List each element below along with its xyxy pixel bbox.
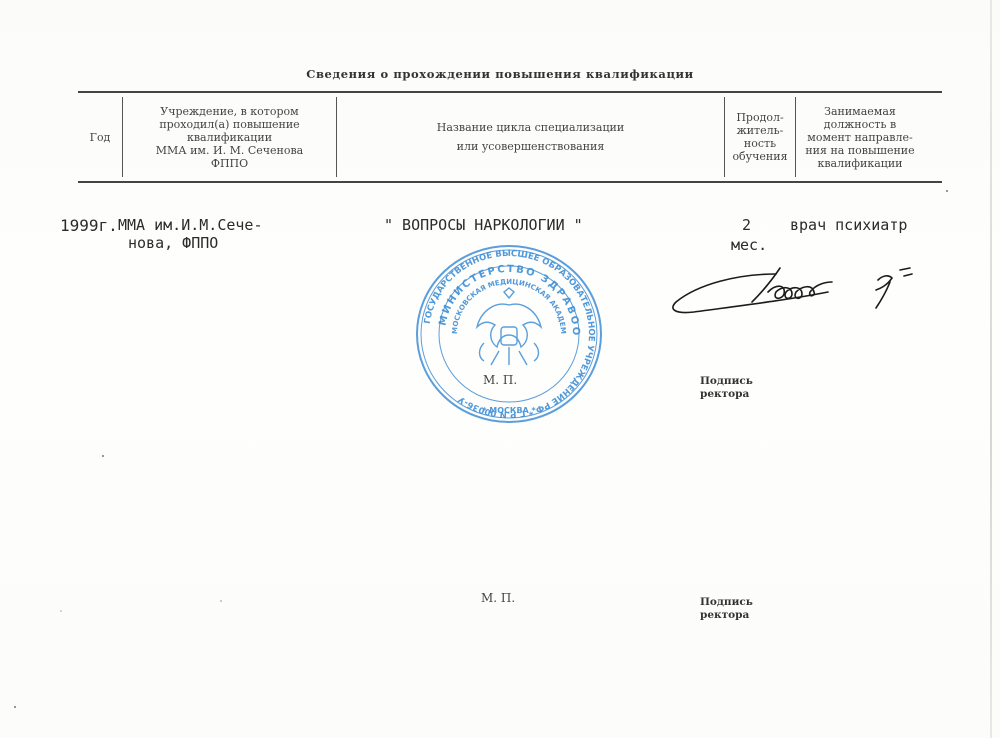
- stamp-city: * МОСКВА *: [482, 406, 536, 415]
- header-year-label: Год: [90, 131, 111, 144]
- header-line: проходил(а) повышение: [156, 118, 304, 131]
- header-line: или усовершенствования: [437, 137, 624, 156]
- row-institution-line1: ММА им.И.М.Сече-: [118, 216, 263, 235]
- header-line: квалификации: [156, 131, 304, 144]
- header-line: ния на повышение: [805, 144, 914, 157]
- scan-speck: [14, 706, 16, 708]
- header-institution: Учреждение, в котором проходил(а) повыше…: [123, 93, 336, 181]
- header-line: Занимаемая: [805, 105, 914, 118]
- signature-label-line: Подпись: [700, 596, 753, 609]
- signature-label-line: ректора: [700, 388, 753, 401]
- form-title: Сведения о прохождении повышения квалифи…: [0, 67, 1000, 81]
- row-duration-value: 2: [742, 216, 751, 235]
- signature-label-line: Подпись: [700, 375, 753, 388]
- scan-speck: [60, 610, 62, 612]
- row-year: 1999г.: [60, 216, 118, 235]
- header-line: Учреждение, в котором: [156, 105, 304, 118]
- header-line: должность в: [805, 118, 914, 131]
- header-line: Название цикла специализации: [437, 118, 624, 137]
- row-institution-line2: нова, ФППО: [128, 234, 218, 253]
- stamp-place-label-1: М. П.: [483, 373, 517, 387]
- eagle-emblem-icon: [477, 288, 541, 365]
- row-course: " ВОПРОСЫ НАРКОЛОГИИ ": [384, 216, 583, 235]
- header-line: житель-: [732, 124, 787, 137]
- rector-signature-label-1: Подпись ректора: [700, 375, 753, 401]
- header-line: ность: [732, 137, 787, 150]
- rector-signature: [668, 262, 958, 322]
- header-year: Год: [78, 93, 122, 181]
- header-line: ФППО: [156, 157, 304, 170]
- page-edge: [990, 0, 992, 738]
- signature-label-line: ректора: [700, 609, 753, 622]
- table-header-bottom-border: [78, 181, 942, 183]
- stamp-place-label-2: М. П.: [481, 591, 515, 605]
- scan-speck: [102, 455, 104, 457]
- header-duration: Продол- житель- ность обучения: [725, 93, 795, 181]
- row-position: врач психиатр: [790, 216, 907, 235]
- scan-speck: [220, 600, 222, 602]
- header-position: Занимаемая должность в момент направле- …: [796, 93, 924, 181]
- scan-speck: [946, 190, 948, 192]
- row-duration-unit: мес.: [731, 236, 767, 255]
- header-line: момент направле-: [805, 131, 914, 144]
- header-line: ММА им. И. М. Сеченова: [156, 144, 304, 157]
- header-line: Продол-: [732, 111, 787, 124]
- header-course: Название цикла специализации или усоверш…: [337, 93, 724, 181]
- header-line: обучения: [732, 150, 787, 163]
- header-line: квалификации: [805, 157, 914, 170]
- official-stamp: ГОСУДАРСТВЕННОЕ ВЫСШЕЕ ОБРАЗОВАТЕЛЬНОЕ У…: [414, 243, 604, 425]
- rector-signature-label-2: Подпись ректора: [700, 596, 753, 622]
